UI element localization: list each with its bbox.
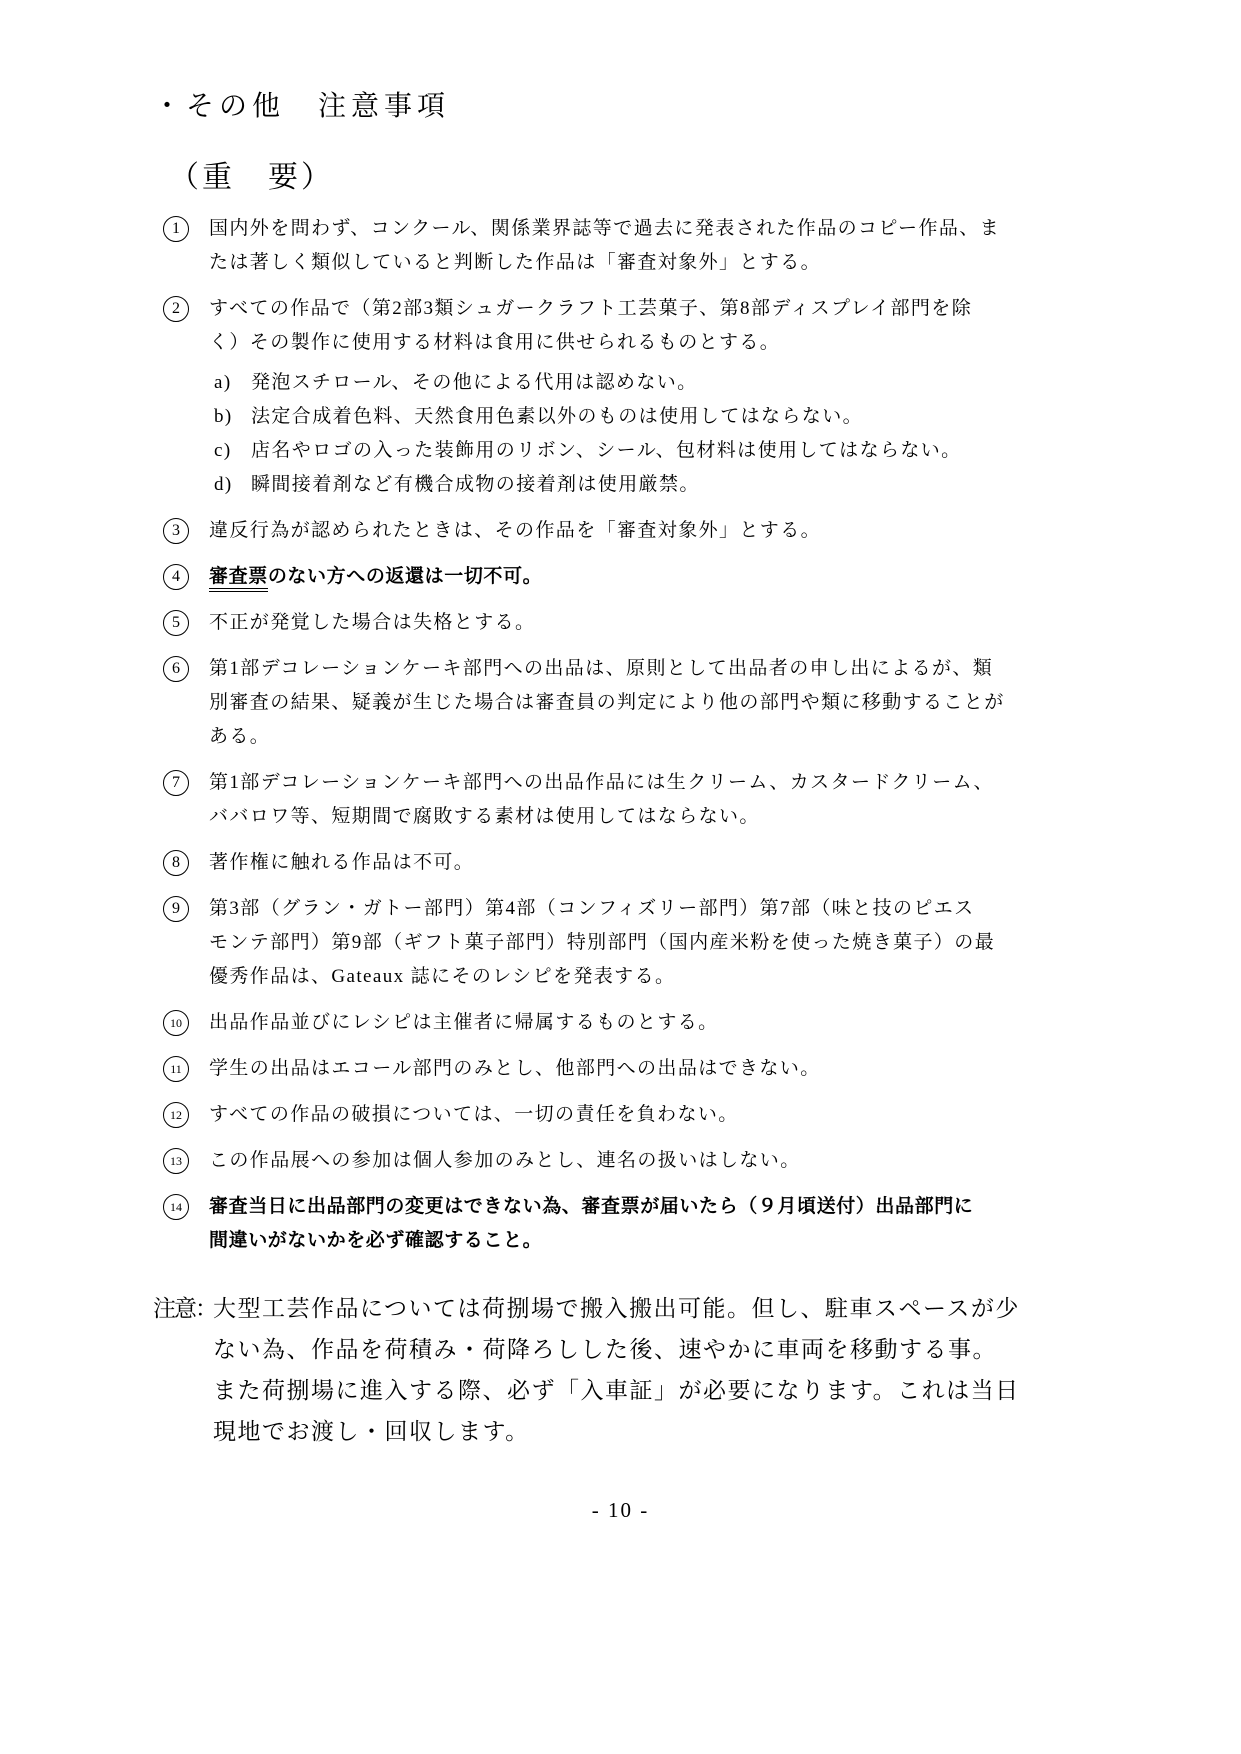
item-text: 審査当日に出品部門の変更はできない為、審査票が届いたら（９月頃送付）出品部門に間… xyxy=(209,1190,1011,1258)
item-number-badge: 8 xyxy=(163,850,189,876)
sub-items-list: a)発泡スチロール、その他による代用は認めない。b)法定合成着色料、天然食用色素… xyxy=(209,366,1011,502)
note-item-10: 10出品作品並びにレシピは主催者に帰属するものとする。 xyxy=(153,1006,1011,1040)
item-text: すべての作品の破損については、一切の責任を負わない。 xyxy=(209,1098,1011,1132)
caution-label: 注意： xyxy=(153,1288,216,1329)
document-page: ・その他 注意事項 （重 要） 1国内外を問わず、コンクール、関係業界誌等で過去… xyxy=(0,0,1241,1754)
note-item-12: 12すべての作品の破損については、一切の責任を負わない。 xyxy=(153,1098,1011,1132)
caution-text: 大型工芸作品については荷捌場で搬入搬出可能。但し、駐車スペースが少ない為、作品を… xyxy=(213,1288,1011,1452)
item-line: すべての作品で（第2部3類シュガークラフト工芸菓子、第8部ディスプレイ部門を除 xyxy=(209,292,1011,326)
item-line: すべての作品の破損については、一切の責任を負わない。 xyxy=(209,1098,1011,1132)
item-number-badge: 9 xyxy=(163,896,189,922)
item-line: ある。 xyxy=(209,720,1011,754)
note-item-3: 3違反行為が認められたときは、その作品を「審査対象外」とする。 xyxy=(153,514,1011,548)
sub-item-text: 店名やロゴの入った装飾用のリボン、シール、包材料は使用してはならない。 xyxy=(251,434,962,468)
sub-item-label: c) xyxy=(214,434,251,468)
sub-item-text: 瞬間接着剤など有機合成物の接着剤は使用厳禁。 xyxy=(251,468,700,502)
item-number-badge: 3 xyxy=(163,518,189,544)
sub-item-a: a)発泡スチロール、その他による代用は認めない。 xyxy=(209,366,1011,400)
item-line: ババロワ等、短期間で腐敗する素材は使用してはならない。 xyxy=(209,800,1011,834)
item-text: 国内外を問わず、コンクール、関係業界誌等で過去に発表された作品のコピー作品、また… xyxy=(209,212,1011,280)
item-text: 出品作品並びにレシピは主催者に帰属するものとする。 xyxy=(209,1006,1011,1040)
note-item-13: 13この作品展への参加は個人参加のみとし、連名の扱いはしない。 xyxy=(153,1144,1011,1178)
item-line: 不正が発覚した場合は失格とする。 xyxy=(209,606,1011,640)
item-line: く）その製作に使用する材料は食用に供せられるものとする。 xyxy=(209,326,1011,360)
sub-item-label: a) xyxy=(214,366,251,400)
item-number-badge: 7 xyxy=(163,770,189,796)
item-number-badge: 6 xyxy=(163,656,189,682)
item-line: 第3部（グラン・ガトー部門）第4部（コンフィズリー部門）第7部（味と技のピエス xyxy=(209,892,1011,926)
item-line: 第1部デコレーションケーキ部門への出品は、原則として出品者の申し出によるが、類 xyxy=(209,652,1011,686)
item-line: たは著しく類似していると判断した作品は「審査対象外」とする。 xyxy=(209,246,1011,280)
item-line: 第1部デコレーションケーキ部門への出品作品には生クリーム、カスタードクリーム、 xyxy=(209,766,1011,800)
item-line: 優秀作品は、Gateaux 誌にそのレシピを発表する。 xyxy=(209,960,1011,994)
caution-line: また荷捌場に進入する際、必ず「入車証」が必要になります。これは当日 xyxy=(213,1370,1011,1411)
item-line: 著作権に触れる作品は不可。 xyxy=(209,846,1011,880)
page-title: ・その他 注意事項 xyxy=(153,84,1011,124)
item-text: すべての作品で（第2部3類シュガークラフト工芸菓子、第8部ディスプレイ部門を除く… xyxy=(209,292,1011,502)
caution-line: 現地でお渡し・回収します。 xyxy=(213,1411,1011,1452)
item-number-badge: 2 xyxy=(163,296,189,322)
note-item-4: 4審査票のない方への返還は一切不可。 xyxy=(153,560,1011,594)
item-number-badge: 5 xyxy=(163,610,189,636)
page-number: - 10 - xyxy=(0,1498,1241,1523)
item-number-badge: 1 xyxy=(163,216,189,242)
item-text: 著作権に触れる作品は不可。 xyxy=(209,846,1011,880)
sub-item-d: d)瞬間接着剤など有機合成物の接着剤は使用厳禁。 xyxy=(209,468,1011,502)
note-item-7: 7第1部デコレーションケーキ部門への出品作品には生クリーム、カスタードクリーム、… xyxy=(153,766,1011,834)
note-item-14: 14審査当日に出品部門の変更はできない為、審査票が届いたら（９月頃送付）出品部門… xyxy=(153,1190,1011,1258)
sub-item-text: 発泡スチロール、その他による代用は認めない。 xyxy=(251,366,698,400)
sub-item-b: b)法定合成着色料、天然食用色素以外のものは使用してはならない。 xyxy=(209,400,1011,434)
item-line: 学生の出品はエコール部門のみとし、他部門への出品はできない。 xyxy=(209,1052,1011,1086)
item-number-badge: 14 xyxy=(163,1194,189,1220)
item-text: 違反行為が認められたときは、その作品を「審査対象外」とする。 xyxy=(209,514,1011,548)
sub-item-c: c)店名やロゴの入った装飾用のリボン、シール、包材料は使用してはならない。 xyxy=(209,434,1011,468)
note-item-6: 6第1部デコレーションケーキ部門への出品は、原則として出品者の申し出によるが、類… xyxy=(153,652,1011,754)
item-text: 第1部デコレーションケーキ部門への出品は、原則として出品者の申し出によるが、類別… xyxy=(209,652,1011,754)
underlined-term: 審査票 xyxy=(209,566,268,592)
caution-line: ない為、作品を荷積み・荷降ろしした後、速やかに車両を移動する事。 xyxy=(213,1329,1011,1370)
item-line: 出品作品並びにレシピは主催者に帰属するものとする。 xyxy=(209,1006,1011,1040)
item-number-badge: 12 xyxy=(163,1102,189,1128)
item-text: 審査票のない方への返還は一切不可。 xyxy=(209,560,1011,594)
document-content: ・その他 注意事項 （重 要） 1国内外を問わず、コンクール、関係業界誌等で過去… xyxy=(0,0,1241,1452)
note-item-9: 9第3部（グラン・ガトー部門）第4部（コンフィズリー部門）第7部（味と技のピエス… xyxy=(153,892,1011,994)
item-number-badge: 13 xyxy=(163,1148,189,1174)
note-item-2: 2すべての作品で（第2部3類シュガークラフト工芸菓子、第8部ディスプレイ部門を除… xyxy=(153,292,1011,502)
item-line: 審査票のない方への返還は一切不可。 xyxy=(209,560,1011,594)
note-item-8: 8著作権に触れる作品は不可。 xyxy=(153,846,1011,880)
sub-item-label: b) xyxy=(214,400,251,434)
item-line: 審査当日に出品部門の変更はできない為、審査票が届いたら（９月頃送付）出品部門に xyxy=(209,1190,1011,1224)
item-line: この作品展への参加は個人参加のみとし、連名の扱いはしない。 xyxy=(209,1144,1011,1178)
item-line: 別審査の結果、疑義が生じた場合は審査員の判定により他の部門や類に移動することが xyxy=(209,686,1011,720)
item-text: 不正が発覚した場合は失格とする。 xyxy=(209,606,1011,640)
item-text: 第3部（グラン・ガトー部門）第4部（コンフィズリー部門）第7部（味と技のピエスモ… xyxy=(209,892,1011,994)
caution-line: 大型工芸作品については荷捌場で搬入搬出可能。但し、駐車スペースが少 xyxy=(213,1288,1011,1329)
sub-item-label: d) xyxy=(214,468,251,502)
item-text: 学生の出品はエコール部門のみとし、他部門への出品はできない。 xyxy=(209,1052,1011,1086)
item-number-badge: 10 xyxy=(163,1010,189,1036)
important-heading: （重 要） xyxy=(169,152,1011,196)
notes-list: 1国内外を問わず、コンクール、関係業界誌等で過去に発表された作品のコピー作品、ま… xyxy=(153,212,1011,1258)
item-line: 違反行為が認められたときは、その作品を「審査対象外」とする。 xyxy=(209,514,1011,548)
sub-item-text: 法定合成着色料、天然食用色素以外のものは使用してはならない。 xyxy=(251,400,863,434)
item-line: 間違いがないかを必ず確認すること。 xyxy=(209,1224,1011,1258)
item-number-badge: 4 xyxy=(163,564,189,590)
item-line: モンテ部門）第9部（ギフト菓子部門）特別部門（国内産米粉を使った焼き菓子）の最 xyxy=(209,926,1011,960)
item-text: 第1部デコレーションケーキ部門への出品作品には生クリーム、カスタードクリーム、バ… xyxy=(209,766,1011,834)
item-number-badge: 11 xyxy=(163,1056,189,1082)
note-item-5: 5不正が発覚した場合は失格とする。 xyxy=(153,606,1011,640)
caution-note: 注意： 大型工芸作品については荷捌場で搬入搬出可能。但し、駐車スペースが少ない為… xyxy=(153,1288,1011,1452)
note-item-1: 1国内外を問わず、コンクール、関係業界誌等で過去に発表された作品のコピー作品、ま… xyxy=(153,212,1011,280)
item-text: この作品展への参加は個人参加のみとし、連名の扱いはしない。 xyxy=(209,1144,1011,1178)
note-item-11: 11学生の出品はエコール部門のみとし、他部門への出品はできない。 xyxy=(153,1052,1011,1086)
item-line: 国内外を問わず、コンクール、関係業界誌等で過去に発表された作品のコピー作品、ま xyxy=(209,212,1011,246)
